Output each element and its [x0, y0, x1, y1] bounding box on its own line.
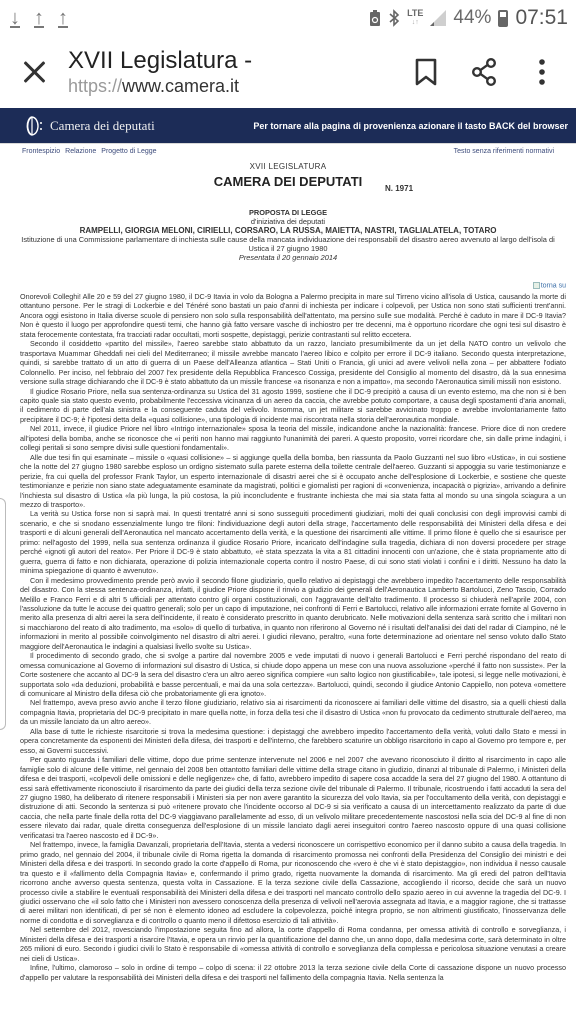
- bill-subject: Istituzione di una Commissione parlament…: [10, 235, 566, 253]
- paragraph: Il giudice Rosario Priore, nella sua sen…: [20, 387, 566, 425]
- bill-initiative: d'iniziativa dei deputati: [10, 217, 566, 226]
- link-relazione[interactable]: Relazione: [65, 148, 96, 158]
- upload-icon: ↑: [58, 8, 68, 28]
- overscroll-indicator: [0, 498, 6, 730]
- bill-summary: PROPOSTA DI LEGGE d'iniziativa dei deput…: [0, 202, 576, 262]
- battery-percent: 44%: [453, 7, 491, 29]
- download-icon: ↓: [10, 8, 20, 28]
- legislatura-label: XVII LEGISLATURA: [0, 162, 576, 171]
- share-icon[interactable]: [470, 57, 498, 87]
- clock: 07:51: [515, 6, 568, 30]
- document-nav: Frontespizio Relazione Progetto di Legge…: [0, 144, 576, 158]
- paragraph: Alle due tesi fin qui esaminate – missil…: [20, 453, 566, 510]
- paragraph: Nel frattempo, aveva preso avvio anche i…: [20, 698, 566, 726]
- status-bar: ↓ ↑ ↑ LTE↓↑ 44% 07:51: [0, 0, 576, 36]
- paragraph: Onorevoli Colleghi! Alle 20 e 59 del 27 …: [20, 292, 566, 339]
- site-logo[interactable]: Camera dei deputati: [24, 115, 155, 137]
- bill-presented-date: Presentata il 20 gennaio 2014: [10, 253, 566, 262]
- title-block: XVII Legislatura - https://www.camera.it: [68, 47, 412, 97]
- paragraph: Nel settembre del 2012, rovesciando l'im…: [20, 925, 566, 963]
- upload-icon: ↑: [34, 8, 44, 28]
- page-url: https://www.camera.it: [68, 75, 412, 97]
- link-frontespizio[interactable]: Frontespizio: [22, 148, 60, 158]
- camera-title: CAMERA DEI DEPUTATI: [0, 174, 576, 189]
- system-icons: LTE↓↑ 44% 07:51: [369, 6, 568, 30]
- document-header: XVII LEGISLATURA CAMERA DEI DEPUTATI N. …: [0, 158, 576, 202]
- lte-icon: LTE↓↑: [407, 9, 423, 27]
- bill-type: PROPOSTA DI LEGGE: [10, 208, 566, 217]
- back-instructions: Per tornare alla pagina di provenienza a…: [253, 121, 568, 131]
- browser-toolbar: XVII Legislatura - https://www.camera.it: [0, 36, 576, 108]
- broken-image-icon: [533, 282, 540, 289]
- notification-icons: ↓ ↑ ↑: [10, 8, 68, 28]
- torna-su-link[interactable]: torna su: [0, 282, 576, 292]
- paragraph: Con il medesimo provvedimento prende per…: [20, 576, 566, 652]
- paragraph: Il procedimento di secondo grado, che si…: [20, 651, 566, 698]
- bookmark-icon[interactable]: [412, 57, 440, 87]
- bill-authors: RAMPELLI, GIORGIA MELONI, CIRIELLI, CORS…: [10, 226, 566, 235]
- bill-number: N. 1971: [385, 184, 413, 193]
- paragraph: Alla base di tutte le richieste risarcit…: [20, 727, 566, 755]
- paragraph: Infine, l'ultimo, clamoroso – solo in or…: [20, 963, 566, 982]
- paragraph: Per quanto riguarda i familiari delle vi…: [20, 755, 566, 840]
- report-body: Onorevoli Colleghi! Alle 20 e 59 del 27 …: [0, 292, 576, 982]
- paragraph: Nel frattempo, invece, la famiglia Davan…: [20, 840, 566, 925]
- bluetooth-icon: [388, 9, 400, 27]
- paragraph: Nel 2011, invece, il giudice Priore nel …: [20, 424, 566, 452]
- logo-text: Camera dei deputati: [50, 118, 155, 134]
- battery-icon: [498, 10, 508, 27]
- link-progetto-di-legge[interactable]: Progetto di Legge: [101, 148, 156, 158]
- battery-saver-icon: [369, 10, 381, 27]
- link-testo-senza-riferimenti[interactable]: Testo senza riferimenti normativi: [454, 148, 554, 158]
- paragraph: Secondo il cosiddetto «partito del missi…: [20, 339, 566, 386]
- signal-icon: [430, 10, 446, 26]
- camera-emblem-icon: [24, 115, 46, 137]
- more-options-icon[interactable]: [528, 57, 556, 87]
- site-banner: Camera dei deputati Per tornare alla pag…: [0, 108, 576, 144]
- paragraph: La verità su Ustica forse non si saprà m…: [20, 509, 566, 575]
- close-icon[interactable]: [20, 58, 48, 86]
- page-title: XVII Legislatura -: [68, 47, 412, 75]
